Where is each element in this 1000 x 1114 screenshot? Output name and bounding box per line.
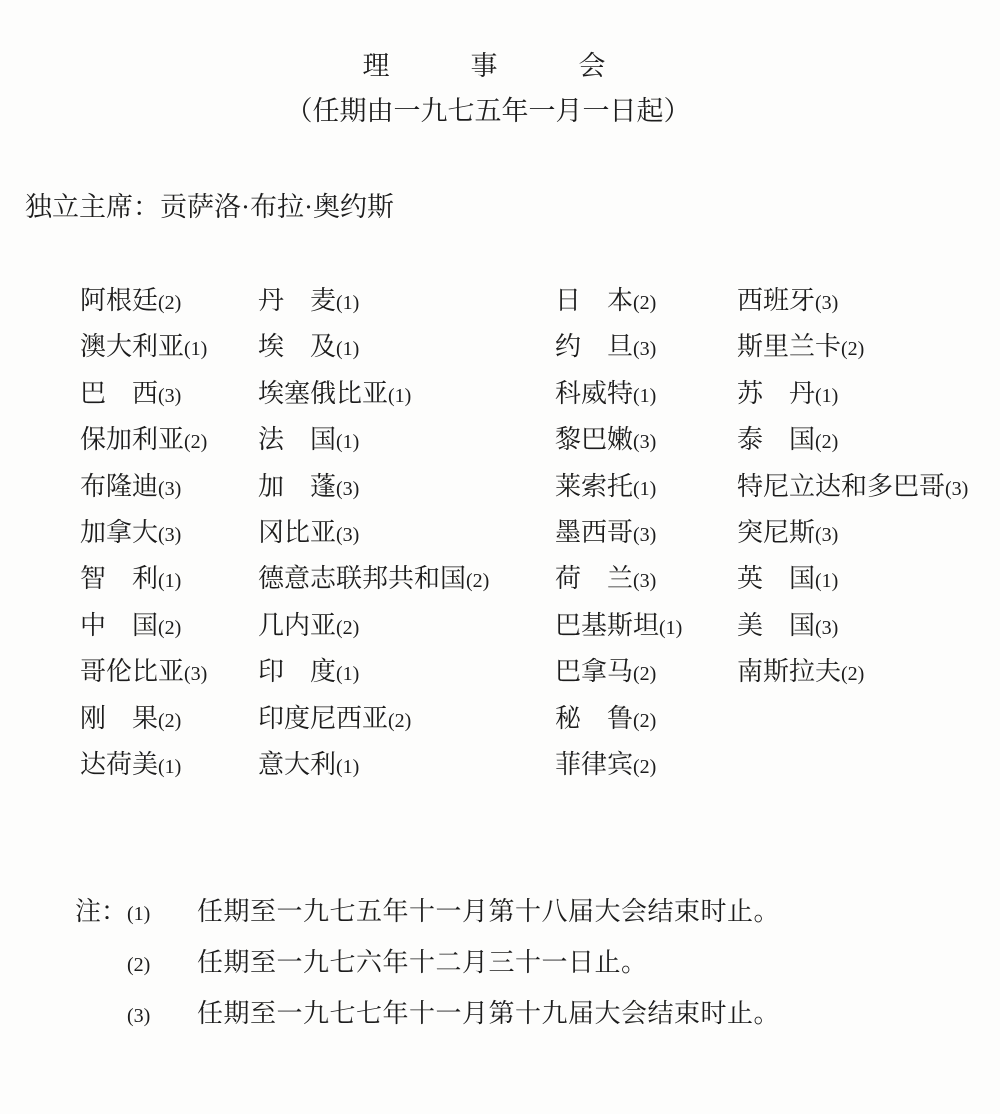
council-entry: 巴拿马(2) <box>555 649 682 695</box>
document-page: 理 事 会 （任期由一九七五年一月一日起） 独立主席：贡萨洛·布拉·奥约斯 阿根… <box>0 0 1000 1114</box>
term-marker: (3) <box>336 478 359 500</box>
term-marker: (3) <box>633 570 656 592</box>
council-entry: 加拿大(3) <box>80 510 207 556</box>
term-marker: (2) <box>633 292 656 314</box>
council-entry: 德意志联邦共和国(2) <box>258 556 489 602</box>
council-column-4: 西班牙(3)斯里兰卡(2)苏 丹(1)泰 国(2)特尼立达和多巴哥(3)突尼斯(… <box>737 278 968 696</box>
country-name: 布隆迪 <box>80 472 158 501</box>
country-name: 加 蓬 <box>258 472 336 501</box>
council-entry: 英 国(1) <box>737 556 968 602</box>
term-marker: (1) <box>659 617 682 639</box>
country-name: 澳大利亚 <box>80 332 184 361</box>
term-marker: (1) <box>336 431 359 453</box>
term-marker: (1) <box>815 385 838 407</box>
term-marker: (3) <box>184 663 207 685</box>
country-name: 莱索托 <box>555 472 633 501</box>
notes-section: 注：(1)任期至一九七五年十一月第十八届大会结束时止。(2)任期至一九七六年十二… <box>75 891 955 1044</box>
country-name: 加拿大 <box>80 518 158 547</box>
council-entry: 菲律宾(2) <box>555 742 682 788</box>
note-text: 任期至一九七五年十一月第十八届大会结束时止。 <box>197 891 780 928</box>
country-name: 刚 果 <box>80 704 158 733</box>
council-entry: 印度尼西亚(2) <box>258 696 489 742</box>
country-name: 阿根廷 <box>80 286 158 315</box>
country-name: 南斯拉夫 <box>737 657 841 686</box>
council-entry: 阿根廷(2) <box>80 278 207 324</box>
term-marker: (1) <box>336 756 359 778</box>
council-entry: 墨西哥(3) <box>555 510 682 556</box>
council-entry: 巴基斯坦(1) <box>555 603 682 649</box>
council-entry: 丹 麦(1) <box>258 278 489 324</box>
term-marker: (1) <box>336 663 359 685</box>
council-entry: 日 本(2) <box>555 278 682 324</box>
term-marker: (2) <box>841 663 864 685</box>
council-entry: 科威特(1) <box>555 371 682 417</box>
term-marker: (2) <box>815 431 838 453</box>
council-entry: 意大利(1) <box>258 742 489 788</box>
council-entry: 秘 鲁(2) <box>555 696 682 742</box>
council-entry: 黎巴嫩(3) <box>555 417 682 463</box>
council-entry: 澳大利亚(1) <box>80 324 207 370</box>
term-marker: (3) <box>633 524 656 546</box>
country-name: 苏 丹 <box>737 379 815 408</box>
council-entry: 巴 西(3) <box>80 371 207 417</box>
council-entry: 特尼立达和多巴哥(3) <box>737 464 968 510</box>
council-column-1: 阿根廷(2)澳大利亚(1)巴 西(3)保加利亚(2)布隆迪(3)加拿大(3)智 … <box>80 278 207 788</box>
country-name: 巴 西 <box>80 379 158 408</box>
country-name: 哥伦比亚 <box>80 657 184 686</box>
term-marker: (3) <box>336 524 359 546</box>
term-marker: (3) <box>633 338 656 360</box>
council-members-grid: 阿根廷(2)澳大利亚(1)巴 西(3)保加利亚(2)布隆迪(3)加拿大(3)智 … <box>0 0 1000 830</box>
country-name: 特尼立达和多巴哥 <box>737 472 945 501</box>
term-marker: (1) <box>158 570 181 592</box>
council-entry: 法 国(1) <box>258 417 489 463</box>
country-name: 埃 及 <box>258 332 336 361</box>
country-name: 达荷美 <box>80 750 158 779</box>
term-marker: (2) <box>841 338 864 360</box>
country-name: 秘 鲁 <box>555 704 633 733</box>
notes-label: 注： <box>75 891 127 928</box>
term-marker: (3) <box>945 478 968 500</box>
council-column-2: 丹 麦(1)埃 及(1)埃塞俄比亚(1)法 国(1)加 蓬(3)冈比亚(3)德意… <box>258 278 489 788</box>
term-marker: (3) <box>815 617 838 639</box>
term-marker: (2) <box>158 292 181 314</box>
note-text: 任期至一九七七年十一月第十九届大会结束时止。 <box>197 993 780 1030</box>
council-column-3: 日 本(2)约 旦(3)科威特(1)黎巴嫩(3)莱索托(1)墨西哥(3)荷 兰(… <box>555 278 682 788</box>
country-name: 日 本 <box>555 286 633 315</box>
country-name: 约 旦 <box>555 332 633 361</box>
council-entry: 约 旦(3) <box>555 324 682 370</box>
note-marker: (2) <box>127 954 197 977</box>
country-name: 印度尼西亚 <box>258 704 388 733</box>
term-marker: (2) <box>466 570 489 592</box>
council-entry: 美 国(3) <box>737 603 968 649</box>
council-entry: 哥伦比亚(3) <box>80 649 207 695</box>
term-marker: (1) <box>336 338 359 360</box>
term-marker: (1) <box>815 570 838 592</box>
council-entry: 印 度(1) <box>258 649 489 695</box>
council-entry: 泰 国(2) <box>737 417 968 463</box>
council-entry: 加 蓬(3) <box>258 464 489 510</box>
country-name: 德意志联邦共和国 <box>258 564 466 593</box>
council-entry: 埃塞俄比亚(1) <box>258 371 489 417</box>
note-marker: (1) <box>127 903 197 926</box>
country-name: 荷 兰 <box>555 564 633 593</box>
country-name: 中 国 <box>80 611 158 640</box>
term-marker: (3) <box>158 478 181 500</box>
council-entry: 荷 兰(3) <box>555 556 682 602</box>
term-marker: (1) <box>633 385 656 407</box>
note-line: 注：(1)任期至一九七五年十一月第十八届大会结束时止。 <box>75 891 955 921</box>
country-name: 意大利 <box>258 750 336 779</box>
country-name: 突尼斯 <box>737 518 815 547</box>
council-entry: 达荷美(1) <box>80 742 207 788</box>
country-name: 英 国 <box>737 564 815 593</box>
term-marker: (1) <box>184 338 207 360</box>
country-name: 科威特 <box>555 379 633 408</box>
term-marker: (3) <box>815 524 838 546</box>
council-entry: 中 国(2) <box>80 603 207 649</box>
term-marker: (2) <box>388 710 411 732</box>
term-marker: (2) <box>158 617 181 639</box>
term-marker: (1) <box>336 292 359 314</box>
term-marker: (3) <box>158 385 181 407</box>
term-marker: (2) <box>158 710 181 732</box>
country-name: 美 国 <box>737 611 815 640</box>
council-entry: 保加利亚(2) <box>80 417 207 463</box>
term-marker: (3) <box>633 431 656 453</box>
council-entry: 莱索托(1) <box>555 464 682 510</box>
country-name: 几内亚 <box>258 611 336 640</box>
country-name: 菲律宾 <box>555 750 633 779</box>
council-entry: 埃 及(1) <box>258 324 489 370</box>
term-marker: (2) <box>184 431 207 453</box>
council-entry: 几内亚(2) <box>258 603 489 649</box>
term-marker: (2) <box>633 756 656 778</box>
country-name: 巴拿马 <box>555 657 633 686</box>
council-entry: 西班牙(3) <box>737 278 968 324</box>
country-name: 斯里兰卡 <box>737 332 841 361</box>
note-line: (3)任期至一九七七年十一月第十九届大会结束时止。 <box>75 993 955 1023</box>
country-name: 法 国 <box>258 425 336 454</box>
country-name: 埃塞俄比亚 <box>258 379 388 408</box>
note-line: (2)任期至一九七六年十二月三十一日止。 <box>75 942 955 972</box>
country-name: 保加利亚 <box>80 425 184 454</box>
term-marker: (1) <box>158 756 181 778</box>
council-entry: 布隆迪(3) <box>80 464 207 510</box>
term-marker: (2) <box>336 617 359 639</box>
council-entry: 突尼斯(3) <box>737 510 968 556</box>
council-entry: 刚 果(2) <box>80 696 207 742</box>
country-name: 智 利 <box>80 564 158 593</box>
country-name: 西班牙 <box>737 286 815 315</box>
term-marker: (3) <box>815 292 838 314</box>
term-marker: (3) <box>158 524 181 546</box>
country-name: 泰 国 <box>737 425 815 454</box>
term-marker: (1) <box>388 385 411 407</box>
country-name: 墨西哥 <box>555 518 633 547</box>
country-name: 印 度 <box>258 657 336 686</box>
term-marker: (1) <box>633 478 656 500</box>
note-marker: (3) <box>127 1005 197 1028</box>
country-name: 冈比亚 <box>258 518 336 547</box>
country-name: 巴基斯坦 <box>555 611 659 640</box>
council-entry: 苏 丹(1) <box>737 371 968 417</box>
country-name: 丹 麦 <box>258 286 336 315</box>
term-marker: (2) <box>633 710 656 732</box>
term-marker: (2) <box>633 663 656 685</box>
note-text: 任期至一九七六年十二月三十一日止。 <box>197 942 648 979</box>
council-entry: 智 利(1) <box>80 556 207 602</box>
council-entry: 冈比亚(3) <box>258 510 489 556</box>
council-entry: 斯里兰卡(2) <box>737 324 968 370</box>
country-name: 黎巴嫩 <box>555 425 633 454</box>
council-entry: 南斯拉夫(2) <box>737 649 968 695</box>
